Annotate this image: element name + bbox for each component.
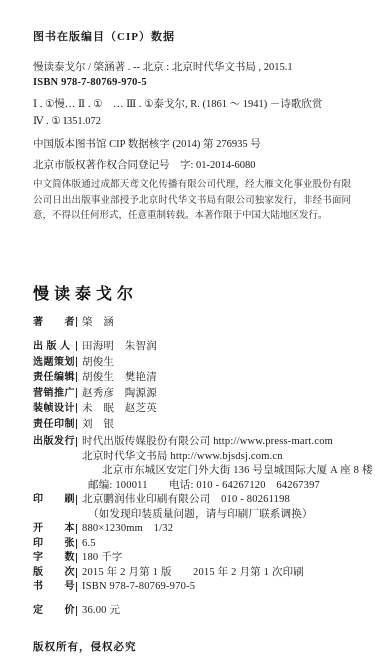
author-row: 著 者 棨 涵 — [33, 315, 357, 331]
publication-row: 字 数 180 千字 — [33, 551, 357, 566]
field-value: 2015 年 2 月第 1 版 2015 年 2 月第 1 次印刷 — [82, 566, 304, 581]
license-notice: 中文简体版通过成都天鸢文化传播有限公司代理，经大雁文化事业股份有限公司日出出版事… — [33, 178, 351, 225]
field-value: 时代出版传媒股份有限公司 http://www.press-mart.com — [82, 435, 333, 450]
field-value: （如发现印装质量问题，请与印刷厂联系调换） — [88, 508, 313, 523]
field-value: 棨 涵 — [82, 315, 114, 331]
cip-classification-1: Ⅰ . ①慢… Ⅱ . ① … Ⅲ . ①泰戈尔, R. (1861 ～ 194… — [33, 97, 357, 112]
field-label: 装帧设计 — [33, 401, 73, 417]
cip-register-number: 中国版本图书馆 CIP 数据核字 (2014) 第 276935 号 — [33, 136, 357, 151]
field-value: 北京时代华文书局 http://www.bjsdsj.com.cn — [82, 450, 283, 465]
publication-row: （如发现印装质量问题，请与印刷厂联系调换） — [33, 508, 357, 523]
divider — [76, 403, 77, 413]
divider — [76, 372, 77, 382]
field-label: 开 本 — [33, 522, 73, 537]
divider — [76, 317, 77, 327]
divider — [76, 388, 77, 398]
publication-row: 出版发行 时代出版传媒股份有限公司 http://www.press-mart.… — [33, 435, 357, 450]
book-title: 慢读泰戈尔 — [33, 281, 357, 304]
divider — [76, 606, 77, 616]
field-value: 北京市东城区安定门外大街 136 号皇城国际大厦 A 座 8 楼 — [102, 464, 373, 479]
field-value: 胡俊生 — [82, 355, 114, 371]
field-label: 选题策划 — [33, 355, 73, 371]
divider — [76, 437, 77, 447]
divider — [76, 419, 77, 429]
credit-row: 营销推广 赵秀彦 陶源源 — [33, 386, 357, 402]
credit-row: 选题策划 胡俊生 — [33, 355, 357, 371]
field-label: 印 刷 — [33, 493, 73, 508]
divider — [76, 341, 77, 351]
field-label: 印 张 — [33, 537, 73, 552]
field-value: 北京鹏润伟业印刷有限公司 010 - 80261198 — [82, 493, 290, 508]
field-label: 营销推广 — [33, 386, 73, 402]
field-value: 880×1230mm 1/32 — [82, 522, 173, 537]
credit-row: 出 版 人 田海明 朱智润 — [33, 339, 357, 355]
field-value: 刘 银 — [82, 417, 114, 433]
field-value: 180 千字 — [82, 551, 123, 566]
field-label: 出版发行 — [33, 435, 73, 450]
divider — [76, 582, 77, 592]
field-label: 责任印制 — [33, 417, 73, 433]
field-label: 著 者 — [33, 315, 73, 331]
cip-classification-2: Ⅳ . ① I351.072 — [33, 114, 357, 129]
publication-row: 北京时代华文书局 http://www.bjsdsj.com.cn — [33, 450, 357, 465]
publication-row: 书 号 ISBN 978-7-80769-970-5 — [33, 580, 357, 595]
credit-row: 装帧设计 未 眠 赵芝英 — [33, 401, 357, 417]
field-value: 6.5 — [82, 537, 96, 552]
field-label: 出 版 人 — [33, 339, 73, 355]
copyright-warning: 版权所有，侵权必究 — [33, 639, 357, 654]
field-label: 书 号 — [33, 580, 73, 595]
cip-heading: 图书在版编目（CIP）数据 — [33, 28, 357, 44]
publication-row: 开 本 880×1230mm 1/32 — [33, 522, 357, 537]
divider — [76, 524, 77, 534]
divider — [76, 357, 77, 367]
field-value: ISBN 978-7-80769-970-5 — [82, 580, 195, 595]
field-label: 版 次 — [33, 566, 73, 581]
publication-block: 出版发行 时代出版传媒股份有限公司 http://www.press-mart.… — [33, 435, 357, 618]
field-value: 胡俊生 樊艳清 — [82, 370, 157, 386]
credit-row: 责任编辑 胡俊生 樊艳清 — [33, 370, 357, 386]
credit-row: 责任印制 刘 银 — [33, 417, 357, 433]
divider — [76, 568, 77, 578]
publication-row: 北京市东城区安定门外大街 136 号皇城国际大厦 A 座 8 楼 — [33, 464, 357, 479]
field-value: 田海明 朱智润 — [82, 339, 157, 355]
field-label: 定 价 — [33, 604, 73, 619]
divider — [76, 553, 77, 563]
copyright-registration-line: 北京市版权著作权合同登记号 字: 01-2014-6080 — [33, 157, 357, 172]
price-row: 定 价 36.00 元 — [33, 604, 357, 619]
publication-row: 版 次 2015 年 2 月第 1 版 2015 年 2 月第 1 次印刷 — [33, 566, 357, 581]
publication-row: 邮编: 100011 电话: 010 - 64267120 64267397 — [33, 479, 357, 494]
field-label: 字 数 — [33, 551, 73, 566]
field-value: 36.00 元 — [82, 604, 120, 619]
publication-row: 印 刷 北京鹏润伟业印刷有限公司 010 - 80261198 — [33, 493, 357, 508]
field-value: 未 眠 赵芝英 — [82, 401, 157, 417]
field-value: 赵秀彦 陶源源 — [82, 386, 157, 402]
credits-block: 出 版 人 田海明 朱智润 选题策划 胡俊生 责任编辑 胡俊生 樊艳清 营销推广… — [33, 339, 357, 432]
cip-record: 慢读泰戈尔 / 棨涵著 . -- 北京 : 北京时代华文书局 , 2015.1 — [33, 60, 357, 75]
divider — [76, 539, 77, 549]
field-value: 邮编: 100011 电话: 010 - 64267120 64267397 — [88, 479, 320, 494]
field-label: 责任编辑 — [33, 370, 73, 386]
isbn-line: ISBN 978-7-80769-970-5 — [33, 77, 357, 88]
divider — [76, 495, 77, 505]
copyright-page: 图书在版编目（CIP）数据 慢读泰戈尔 / 棨涵著 . -- 北京 : 北京时代… — [0, 0, 375, 654]
publication-row: 印 张 6.5 — [33, 537, 357, 552]
